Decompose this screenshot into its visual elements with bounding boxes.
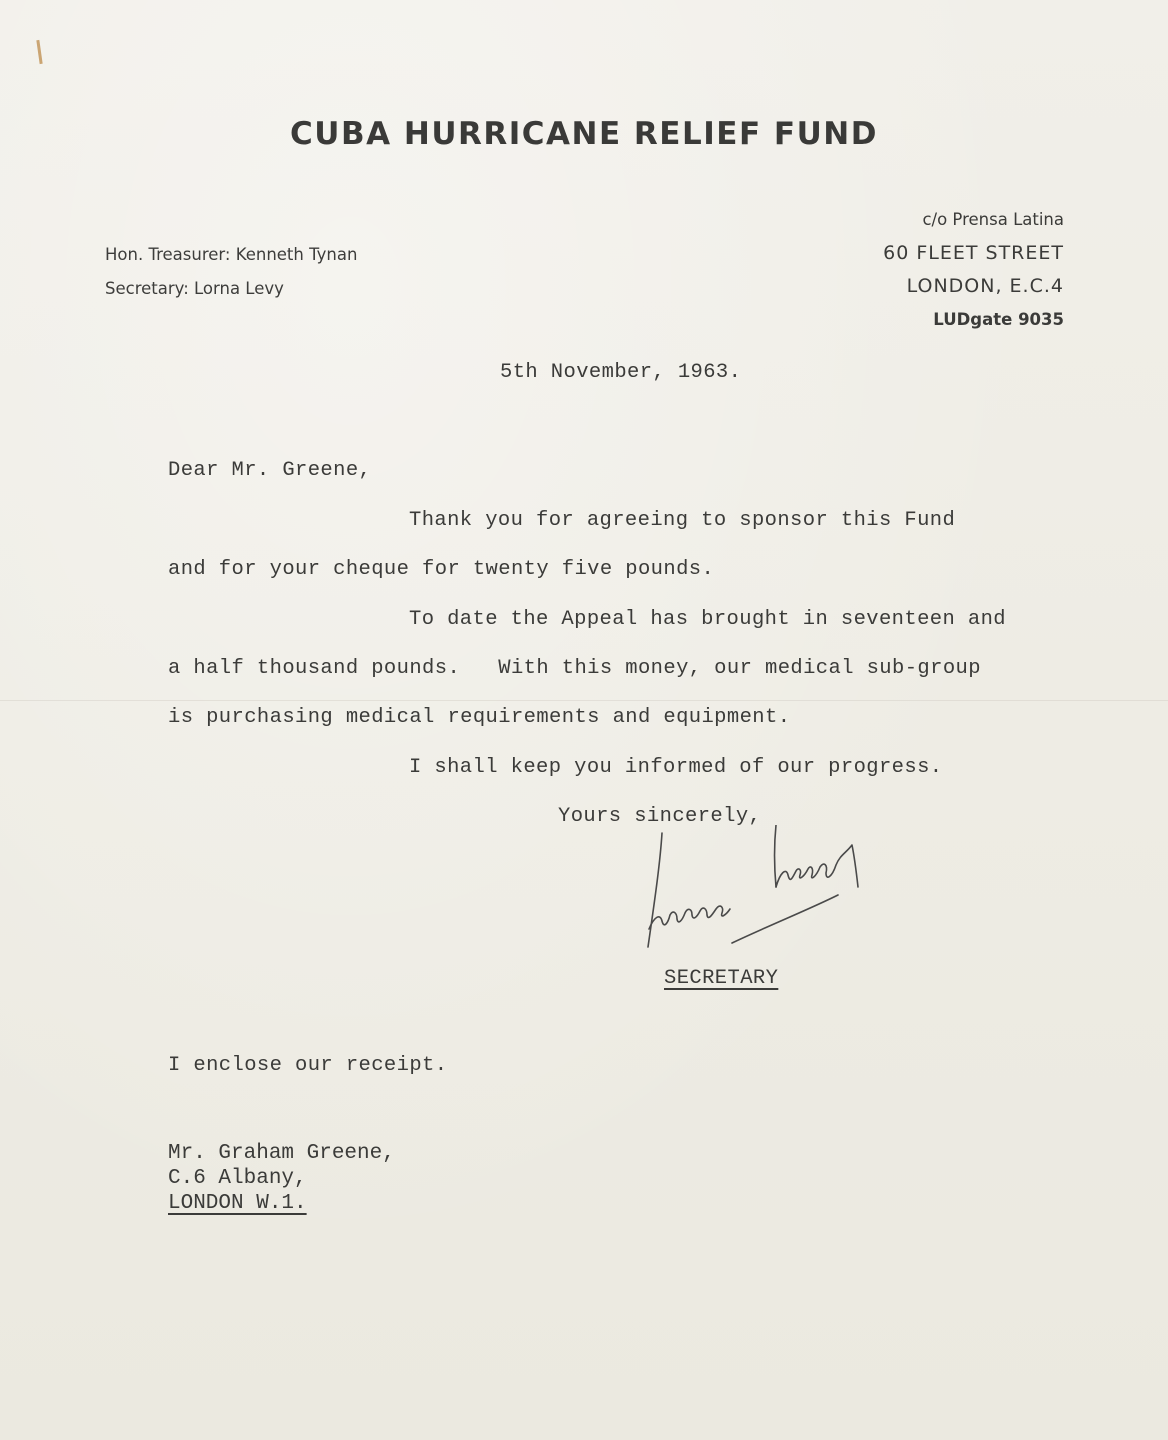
address-care-of: c/o Prensa Latina bbox=[883, 203, 1064, 236]
address-city: LONDON, E.C.4 bbox=[883, 270, 1064, 303]
body-line: a half thousand pounds. With this money,… bbox=[168, 657, 981, 680]
letterhead-organization: CUBA HURRICANE RELIEF FUND bbox=[0, 116, 1168, 152]
body-line: Thank you for agreeing to sponsor this F… bbox=[409, 509, 955, 532]
letterhead-address: c/o Prensa Latina 60 FLEET STREET LONDON… bbox=[883, 203, 1064, 337]
postscript: I enclose our receipt. bbox=[168, 1054, 447, 1077]
treasurer-line: Hon. Treasurer: Kenneth Tynan bbox=[105, 238, 357, 272]
body-line: and for your cheque for twenty five poun… bbox=[168, 558, 714, 581]
body-line: I shall keep you informed of our progres… bbox=[409, 756, 942, 779]
recipient-city: LONDON W.1. bbox=[168, 1192, 307, 1215]
body-line: To date the Appeal has brought in sevent… bbox=[409, 608, 1006, 631]
address-phone: LUDgate 9035 bbox=[883, 303, 1064, 337]
recipient-address-line: C.6 Albany, bbox=[168, 1167, 307, 1190]
signatory-title: SECRETARY bbox=[664, 967, 778, 990]
address-street: 60 FLEET STREET bbox=[883, 236, 1064, 270]
salutation: Dear Mr. Greene, bbox=[168, 459, 371, 482]
body-line: is purchasing medical requirements and e… bbox=[168, 706, 790, 729]
recipient-name: Mr. Graham Greene, bbox=[168, 1142, 395, 1165]
letterhead-officers: Hon. Treasurer: Kenneth Tynan Secretary:… bbox=[105, 238, 357, 306]
secretary-line: Secretary: Lorna Levy bbox=[105, 272, 357, 306]
handwritten-signature bbox=[640, 825, 880, 955]
paper-fold-line bbox=[0, 700, 1168, 701]
letter-date: 5th November, 1963. bbox=[500, 361, 741, 384]
